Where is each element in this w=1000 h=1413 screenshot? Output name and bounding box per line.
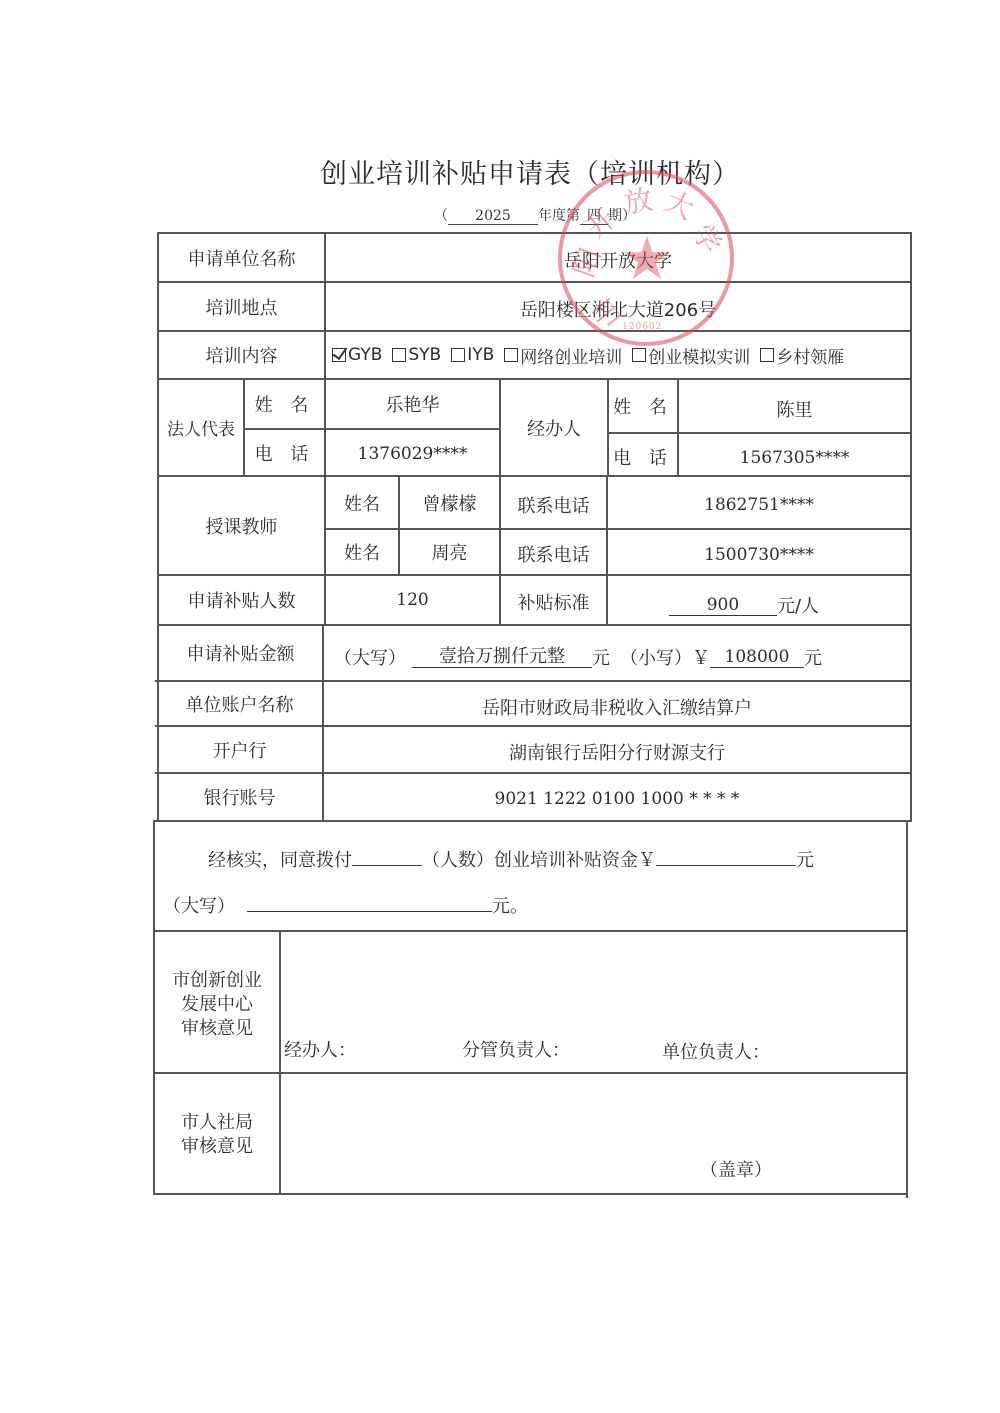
bank-value: 湖南银行岳阳分行财源支行 <box>324 729 910 774</box>
yuan-label: 元 <box>592 644 610 670</box>
page-title: 创业培训补贴申请表（培训机构） <box>0 152 1000 191</box>
account-number-label: 银行账号 <box>157 774 322 820</box>
approval-line-1: 经核实，同意拨付（人数）创业培训补贴资金￥元 <box>208 846 814 872</box>
teacher-2-phone-label: 联系电话 <box>501 530 606 578</box>
checkbox-icon[interactable] <box>392 348 406 362</box>
period-line: （2025年度第四期） <box>0 205 1000 225</box>
checkbox-checked-icon[interactable] <box>332 348 346 362</box>
legal-rep-phone: 1376029**** <box>326 430 499 478</box>
account-number-value: 9021 1222 0100 1000 * * * * <box>324 776 910 822</box>
training-content-options: GYB SYB IYB 网络创业培训 创业模拟实训 乡村领雁 <box>326 332 916 378</box>
legal-rep-name: 乐艳华 <box>326 380 499 428</box>
divider <box>153 1072 908 1074</box>
label-line: 发展中心 <box>181 993 253 1017</box>
teacher-1-phone-label: 联系电话 <box>501 477 606 532</box>
approval-text: 元 <box>796 850 814 871</box>
account-name-value: 岳阳市财政局非税收入汇缴结算户 <box>324 684 910 729</box>
subsidy-amount-upper: 壹拾万捌仟元整 <box>412 647 592 668</box>
option-iyb[interactable]: IYB <box>451 345 494 365</box>
option-syb[interactable]: SYB <box>392 345 441 365</box>
subsidy-standard-field: 900元/人 <box>608 580 910 630</box>
divider <box>906 820 908 1198</box>
teacher-2-name: 周亮 <box>400 530 499 574</box>
training-content-label: 培训内容 <box>159 332 324 378</box>
seal-label: （盖章） <box>700 1156 772 1182</box>
approval-text: 经核实，同意拨付 <box>208 850 352 871</box>
approved-people-field[interactable] <box>352 847 422 866</box>
option-rural-leader[interactable]: 乡村领雁 <box>760 343 844 368</box>
period-open: （ <box>434 208 448 224</box>
subsidy-amount-label: 申请补贴金额 <box>159 626 322 680</box>
training-location-label: 培训地点 <box>159 283 324 330</box>
checkbox-icon[interactable] <box>504 348 518 362</box>
applicant-unit-value: 岳阳开放大学 <box>326 234 910 286</box>
option-simulation[interactable]: 创业模拟实训 <box>632 343 750 368</box>
subsidy-standard-label: 补贴标准 <box>501 578 606 626</box>
approval-line-2: （大写）元。 <box>163 892 528 918</box>
label-line: 市人社局 <box>181 1111 253 1135</box>
center-review-supervisor: 分管负责人： <box>462 1036 570 1062</box>
lower-label: （小写）￥ <box>620 644 710 670</box>
training-location-value: 岳阳楼区湘北大道206号 <box>326 285 910 333</box>
applicant-unit-label: 申请单位名称 <box>159 234 324 281</box>
divider <box>279 930 281 1195</box>
option-label: 乡村领雁 <box>776 343 844 368</box>
handler-name: 陈里 <box>679 380 910 438</box>
center-review-unit-head: 单位负责人： <box>662 1038 770 1064</box>
label-line: 市创新创业 <box>172 969 262 993</box>
handler-name-label: 姓 名 <box>609 380 677 432</box>
bank-label: 开户行 <box>157 727 322 772</box>
teacher-1-name-label: 姓名 <box>326 477 398 528</box>
option-label: 网络创业培训 <box>520 343 622 368</box>
label-line: 审核意见 <box>181 1017 253 1041</box>
subsidy-standard-unit: 元/人 <box>777 592 819 618</box>
option-gyb[interactable]: GYB <box>332 345 382 365</box>
legal-rep-label: 法人代表 <box>159 380 243 475</box>
label-line: 审核意见 <box>181 1135 253 1159</box>
applicant-count-label: 申请补贴人数 <box>159 576 324 624</box>
upper-label: （大写） <box>334 644 406 670</box>
period-quarter: 四 <box>580 208 608 225</box>
divider <box>910 232 912 822</box>
checkbox-icon[interactable] <box>632 348 646 362</box>
divider <box>153 930 908 932</box>
teacher-2-name-label: 姓名 <box>326 530 398 574</box>
period-year-suffix: 年度第 <box>538 208 580 224</box>
option-label: SYB <box>408 345 441 365</box>
handler-label: 经办人 <box>501 380 607 475</box>
center-review-label: 市创新创业 发展中心 审核意见 <box>155 960 279 1050</box>
option-label: 创业模拟实训 <box>648 343 750 368</box>
teachers-label: 授课教师 <box>159 477 324 574</box>
teacher-1-name: 曾檬檬 <box>400 477 499 528</box>
divider <box>153 1193 908 1195</box>
legal-rep-name-label: 姓 名 <box>245 380 324 428</box>
option-label: GYB <box>348 345 382 365</box>
hrss-review-label: 市人社局 审核意见 <box>155 1105 279 1165</box>
legal-rep-phone-label: 电 话 <box>245 430 324 476</box>
approval-text: 元。 <box>492 896 528 917</box>
option-online-training[interactable]: 网络创业培训 <box>504 343 622 368</box>
approval-text: （大写） <box>163 896 235 917</box>
applicant-count-value: 120 <box>326 576 499 624</box>
yuan-label: 元 <box>804 644 822 670</box>
checkbox-icon[interactable] <box>760 348 774 362</box>
approved-amount-field[interactable] <box>656 847 796 866</box>
period-year: 2025 <box>448 208 538 225</box>
subsidy-amount-field: （大写） 壹拾万捌仟元整 元 （小写）￥ 108000 元 <box>324 630 920 684</box>
handler-phone-label: 电 话 <box>609 434 677 480</box>
subsidy-amount-lower: 108000 <box>710 647 804 668</box>
checkbox-icon[interactable] <box>451 348 465 362</box>
center-review-handler: 经办人： <box>284 1036 356 1062</box>
teacher-2-phone: 1500730**** <box>608 530 910 580</box>
teacher-1-phone: 1862751**** <box>608 477 910 532</box>
period-close: 期） <box>608 208 636 224</box>
handler-phone: 1567305**** <box>679 434 910 482</box>
approval-text: （人数）创业培训补贴资金￥ <box>422 850 656 871</box>
approved-upper-field[interactable] <box>247 893 492 912</box>
account-name-label: 单位账户名称 <box>157 682 322 725</box>
subsidy-standard-value: 900 <box>669 595 777 616</box>
option-label: IYB <box>467 345 494 365</box>
